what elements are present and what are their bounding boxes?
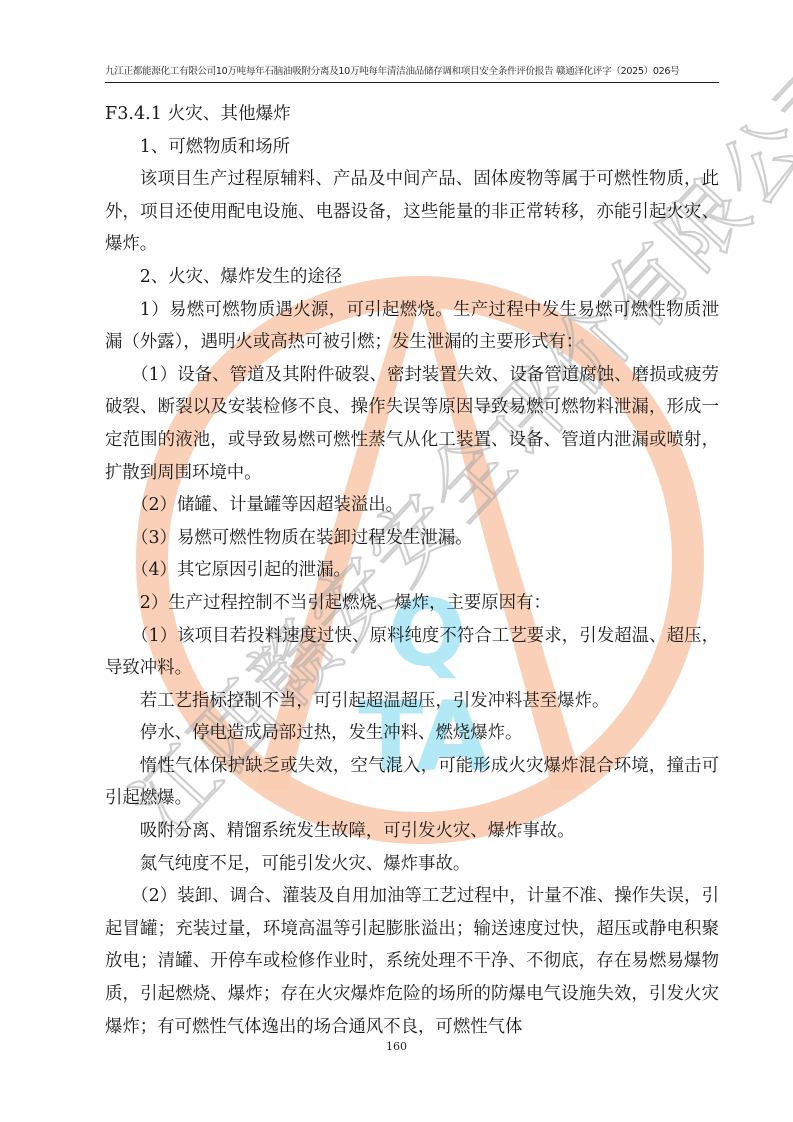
- paragraph-power-outage: 停水、停电造成局部过热，发生冲料、燃烧爆炸。: [105, 717, 719, 750]
- section-heading: F3.4.1 火灾、其他爆炸: [105, 98, 719, 131]
- paragraph-combustibles: 该项目生产过程原辅料、产品及中间产品、固体废物等属于可燃性物质，此外，项目还使用…: [105, 163, 719, 261]
- paragraph-nitrogen: 氮气纯度不足，可能引发火灾、爆炸事故。: [105, 848, 719, 881]
- paragraph-process-index: 若工艺指标控制不当，可引起超温超压，引发冲料甚至爆炸。: [105, 685, 719, 718]
- paragraph-process-control: 2）生产过程控制不当引起燃烧、爆炸，主要原因有：: [105, 587, 719, 620]
- list-item-leak-1: （1）设备、管道及其附件破裂、密封装置失效、设备管道腐蚀、磨损或疲劳破裂、断裂以…: [105, 359, 719, 489]
- running-header: 九江正都能源化工有限公司10万吨每年石脑油吸附分离及10万吨每年清洁油品储存调和…: [105, 64, 719, 83]
- list-item-leak-3: （3）易燃可燃性物质在装卸过程发生泄漏。: [105, 522, 719, 555]
- paragraph-adsorption: 吸附分离、精馏系统发生故障，可引发火灾、爆炸事故。: [105, 815, 719, 848]
- paragraph-ignition-sources: 1）易燃可燃物质遇火源，可引起燃烧。生产过程中发生易燃可燃性物质泄漏（外露），遇…: [105, 294, 719, 359]
- list-item-control-2: （2）装卸、调合、灌装及自用加油等工艺过程中，计量不准、操作失误，引起冒罐；充装…: [105, 880, 719, 1043]
- list-item-control-1: （1）该项目若投料速度过快、原料纯度不符合工艺要求，引发超温、超压，导致冲料。: [105, 620, 719, 685]
- subheading-fire-paths: 2、火灾、爆炸发生的途径: [105, 261, 719, 294]
- list-item-leak-4: （4）其它原因引起的泄漏。: [105, 554, 719, 587]
- document-body: F3.4.1 火灾、其他爆炸 1、可燃物质和场所 该项目生产过程原辅料、产品及中…: [105, 98, 719, 1043]
- paragraph-inert-gas: 惰性气体保护缺乏或失效，空气混入，可能形成火灾爆炸混合环境，撞击可引起燃爆。: [105, 750, 719, 815]
- list-item-leak-2: （2）储罐、计量罐等因超装溢出。: [105, 489, 719, 522]
- page-number: 160: [0, 1040, 793, 1053]
- document-page: 九江正都能源化工有限公司10万吨每年石脑油吸附分离及10万吨每年清洁油品储存调和…: [0, 0, 793, 1122]
- subheading-combustibles: 1、可燃物质和场所: [105, 131, 719, 164]
